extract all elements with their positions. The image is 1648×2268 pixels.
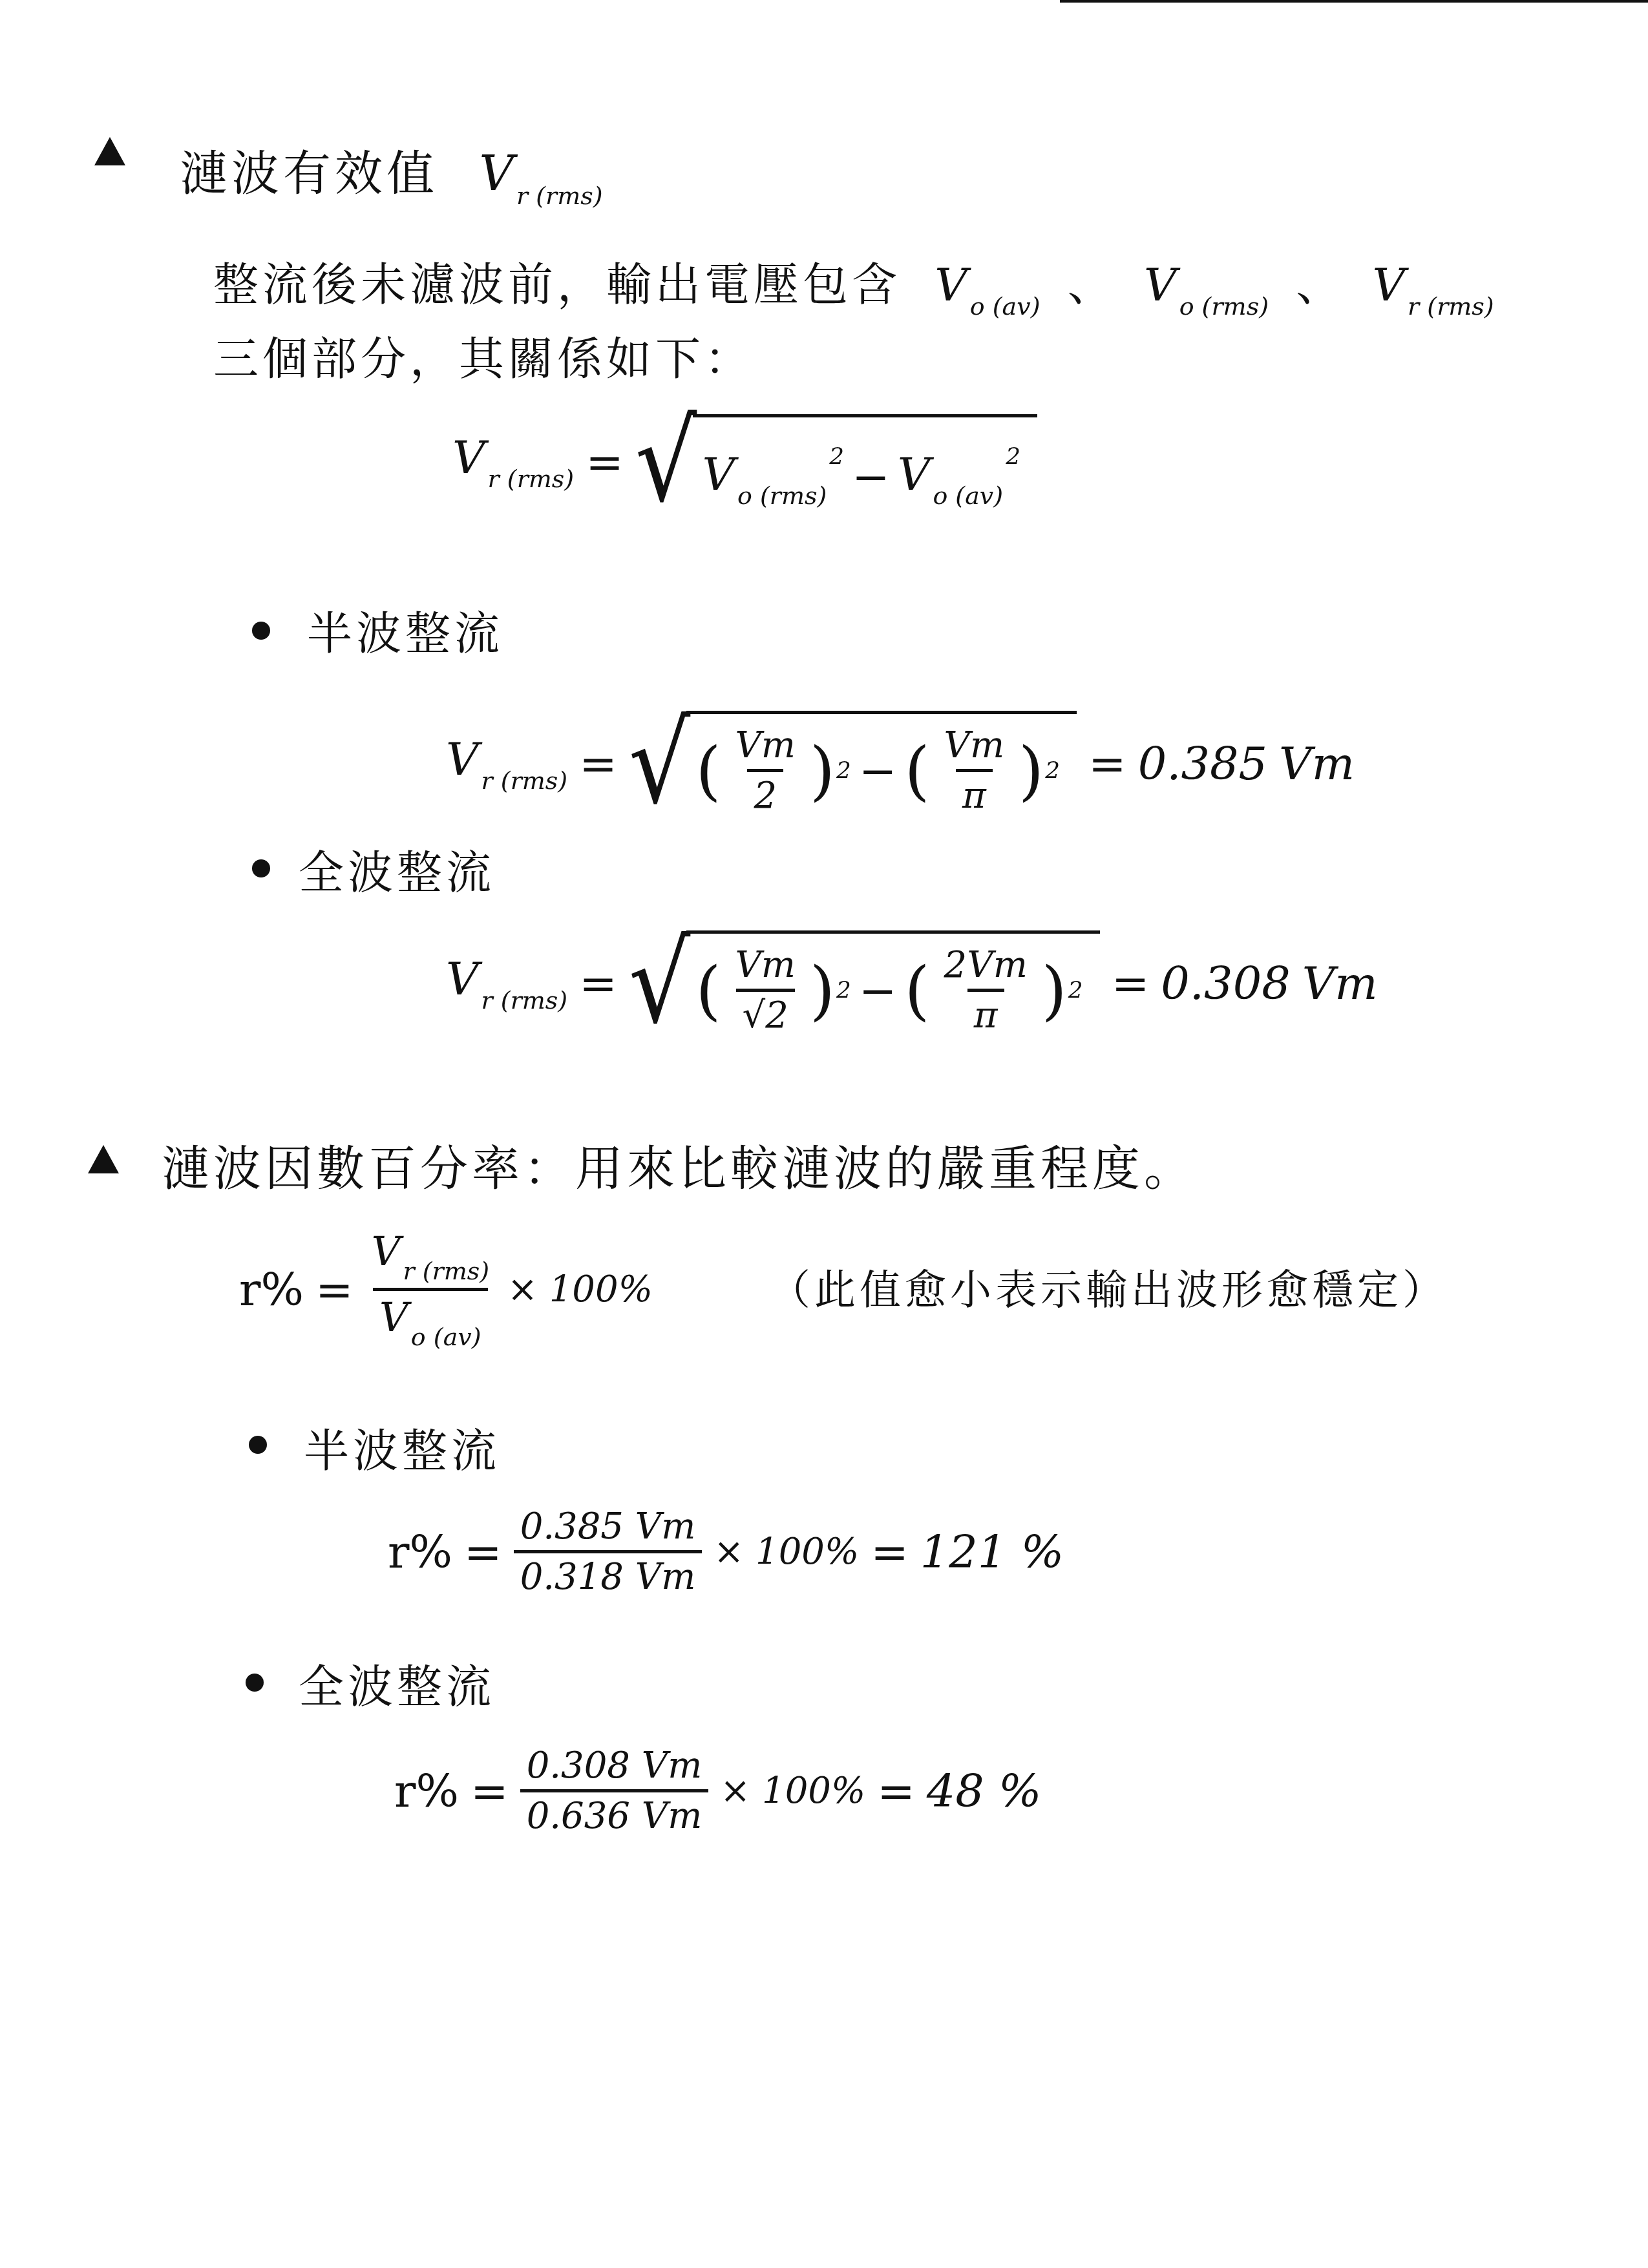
num-sub: r (rms) [403,1257,489,1285]
section2-title: 漣波因數百分率：用來比較漣波的嚴重程度。 [162,1141,1196,1197]
separator: 、 [1068,258,1117,311]
lhs-sub: r (rms) [481,766,568,795]
section1-paragraph-line2: 三個部分，其關係如下： [213,323,754,388]
frac1-num: Vm [728,724,802,769]
term-vo-rms-sub: o (rms) [1179,292,1269,320]
result-value: 48 % [927,1765,1042,1818]
frac2-den: π [956,769,993,817]
formula-ripple-rms: Vr (rms) = √ Vo (rms)2 − Vo (av)2 [452,414,1049,510]
equals-sign: = [1088,737,1126,790]
denominator: 0.636 Vm [520,1789,709,1837]
times-100-percent: × 100% [720,1770,865,1812]
numerator: 0.385 Vm [514,1506,703,1550]
case-label: 半波整流 [307,607,503,660]
separator: 、 [1296,258,1345,311]
term-vo-rms: V [1144,258,1177,311]
section1-title: 漣波有效值 [180,146,438,202]
radical-sign-icon: √ [635,406,697,518]
minus-sign: − [859,964,897,1017]
square-root: √ ( Vm2 )2 − ( Vmπ )2 [629,711,1077,817]
result-unit: Vm [1302,957,1378,1010]
lhs: r% [394,1765,459,1818]
section1-title-symbol: V [480,146,514,202]
equals-sign: = [579,737,617,790]
bullet-dot-icon [252,859,270,877]
triangle-bullet-icon [88,1145,119,1173]
case-label: 半波整流 [304,1425,500,1478]
frac1-den: 2 [747,769,783,817]
den-sub: o (av) [411,1323,481,1351]
case-full-wave-label: 全波整流 [299,1651,495,1716]
equals-sign: = [1112,957,1150,1010]
frac2-pow: 2 [1045,757,1060,784]
formula-ripple-factor: r% = Vr (rms) Vo (av) × 100% [239,1228,664,1351]
result-value: 0.385 [1138,737,1267,790]
equals-sign: = [871,1526,909,1579]
result-unit: Vm [1279,737,1355,790]
case-full-wave-label: 全波整流 [299,837,495,902]
frac1-pow: 2 [836,757,851,784]
frac1-pow: 2 [836,977,851,1003]
term-vr-rms-sub: r (rms) [1408,292,1494,320]
den-symbol: V [379,1294,408,1341]
case-half-wave-label: 半波整流 [307,598,503,663]
lhs-sub: r (rms) [481,986,568,1014]
case-label: 全波整流 [299,846,495,899]
paragraph-text: 整流後未濾波前，輸出電壓包含 [213,258,901,311]
radical-sign-icon: √ [629,928,691,1040]
minus-sign: − [852,450,890,503]
section1-heading: 漣波有效值 Vr (rms) [180,136,603,210]
lhs: r% [388,1526,452,1579]
equals-sign: = [579,957,617,1010]
radicand-term2-sup: 2 [1006,443,1020,470]
term-vo-av: V [935,258,967,311]
lhs-symbol: V [446,952,479,1005]
result-value: 121 % [920,1526,1064,1579]
frac1-den: √2 [736,989,795,1036]
result-value: 0.308 [1161,957,1290,1010]
section2-heading: 漣波因數百分率：用來比較漣波的嚴重程度。 [162,1131,1196,1199]
radicand-term2: V [898,448,931,501]
formula-full-wave-rms: Vr (rms) = √ ( Vm√2 )2 − ( 2Vmπ )2 = 0.3… [446,930,1389,1036]
equals-sign: = [464,1526,502,1579]
equals-sign: = [315,1263,354,1316]
equals-sign: = [877,1765,915,1818]
bullet-dot-icon [249,1436,267,1454]
square-root: √ Vo (rms)2 − Vo (av)2 [635,414,1037,510]
term-vr-rms: V [1373,258,1406,311]
case-half-wave-label: 半波整流 [304,1415,500,1480]
frac2-pow: 2 [1068,977,1083,1003]
case-label: 全波整流 [299,1661,495,1714]
radical-sign-icon: √ [629,708,691,820]
scan-edge-line [1060,0,1648,3]
numerator: 0.308 Vm [520,1745,709,1789]
frac2-den: π [967,989,1004,1036]
radicand-term1-sup: 2 [829,443,844,470]
lhs-symbol: V [452,431,485,484]
formula-half-wave-ripple: r% = 0.385 Vm0.318 Vm × 100% = 121 % [388,1506,1075,1598]
frac1-num: Vm [728,944,802,989]
radicand-term1-sub: o (rms) [737,481,827,510]
section1-paragraph-line1: 整流後未濾波前，輸出電壓包含 Vo (av) 、 Vo (rms) 、 Vr (… [213,249,1494,320]
ripple-note: （此值愈小表示輸出波形愈穩定） [769,1257,1448,1316]
lhs-symbol: V [446,733,479,786]
frac2-num: 2Vm [938,944,1034,989]
square-root: √ ( Vm√2 )2 − ( 2Vmπ )2 [629,930,1100,1036]
term-vo-av-sub: o (av) [970,292,1041,320]
formula-full-wave-ripple: r% = 0.308 Vm0.636 Vm × 100% = 48 % [394,1745,1053,1837]
lhs-sub: r (rms) [488,465,575,493]
radicand-term2-sub: o (av) [933,481,1003,510]
equals-sign: = [586,436,624,488]
times-100-percent: × 100% [507,1268,653,1310]
radicand-term1: V [702,448,735,501]
bullet-dot-icon [252,622,270,640]
lhs: r% [239,1263,304,1316]
num-symbol: V [372,1228,401,1275]
formula-half-wave-rms: Vr (rms) = √ ( Vm2 )2 − ( Vmπ )2 = 0.385… [446,711,1366,817]
frac2-num: Vm [938,724,1011,769]
paragraph-text: 三個部分，其關係如下： [213,333,754,386]
denominator: 0.318 Vm [514,1550,703,1598]
minus-sign: − [859,744,897,797]
bullet-dot-icon [246,1674,264,1692]
times-100-percent: × 100% [713,1531,859,1573]
triangle-bullet-icon [94,137,125,165]
equals-sign: = [470,1765,509,1818]
note-text: （此值愈小表示輸出波形愈穩定） [769,1266,1448,1314]
section1-title-symbol-sub: r (rms) [516,182,603,210]
